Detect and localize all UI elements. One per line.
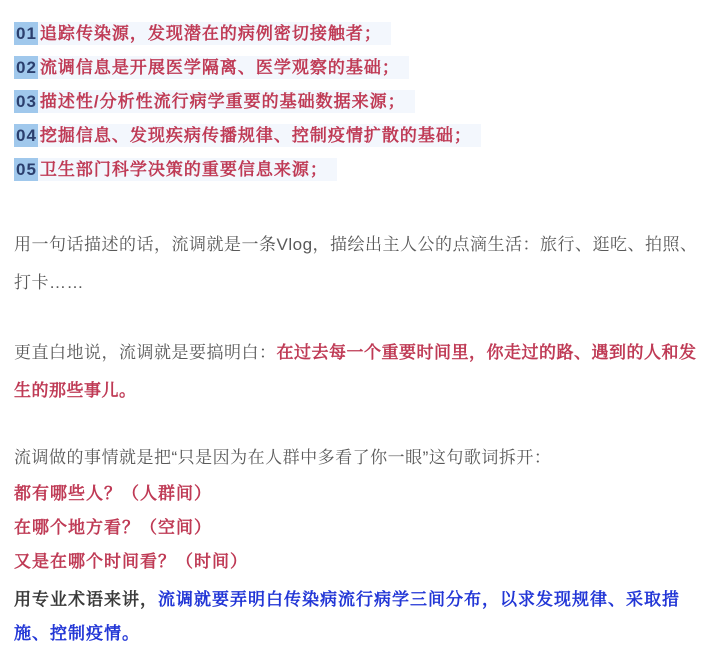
item-number-badge: 04 [14, 124, 38, 147]
question-who: 都有哪些人？（人群间） [14, 477, 708, 511]
item-text: 卫生部门科学决策的重要信息来源； [38, 158, 337, 181]
paragraph-conclusion: 用专业术语来讲，流调就要弄明白传染病流行病学三间分布，以求发现规律、采取措施、控… [14, 583, 708, 646]
list-item: 05卫生部门科学决策的重要信息来源； [14, 158, 708, 182]
item-number-badge: 01 [14, 22, 38, 45]
list-item: 01追踪传染源，发现潜在的病例密切接触者； [14, 22, 708, 46]
question-when: 又是在哪个时间看？（时间） [14, 545, 708, 579]
item-text: 追踪传染源，发现潜在的病例密切接触者； [38, 22, 391, 45]
conclusion-lead-text: 用专业术语来讲， [14, 590, 158, 609]
list-item: 03描述性/分析性流行病学重要的基础数据来源； [14, 90, 708, 114]
item-number-badge: 05 [14, 158, 38, 181]
paragraph-vlog: 用一句话描述的话，流调就是一条Vlog，描绘出主人公的点滴生活：旅行、逛吃、拍照… [14, 226, 708, 302]
question-where: 在哪个地方看？（空间） [14, 511, 708, 545]
article-body: 01追踪传染源，发现潜在的病例密切接触者； 02流调信息是开展医学隔离、医学观察… [0, 0, 722, 646]
explain-lead-text: 更直白地说，流调就是要搞明白： [14, 343, 277, 362]
paragraph-explain: 更直白地说，流调就是要搞明白：在过去每一个重要时间里，你走过的路、遇到的人和发生… [14, 334, 708, 410]
list-item: 02流调信息是开展医学隔离、医学观察的基础； [14, 56, 708, 80]
item-text: 描述性/分析性流行病学重要的基础数据来源； [38, 90, 415, 113]
item-text: 挖掘信息、发现疾病传播规律、控制疫情扩散的基础； [38, 124, 481, 147]
numbered-highlight-list: 01追踪传染源，发现潜在的病例密切接触者； 02流调信息是开展医学隔离、医学观察… [14, 22, 708, 182]
list-item: 04挖掘信息、发现疾病传播规律、控制疫情扩散的基础； [14, 124, 708, 148]
item-number-badge: 02 [14, 56, 38, 79]
item-number-badge: 03 [14, 90, 38, 113]
paragraph-lyric: 流调做的事情就是把“只是因为在人群中多看了你一眼”这句歌词拆开： [14, 439, 708, 477]
item-text: 流调信息是开展医学隔离、医学观察的基础； [38, 56, 409, 79]
